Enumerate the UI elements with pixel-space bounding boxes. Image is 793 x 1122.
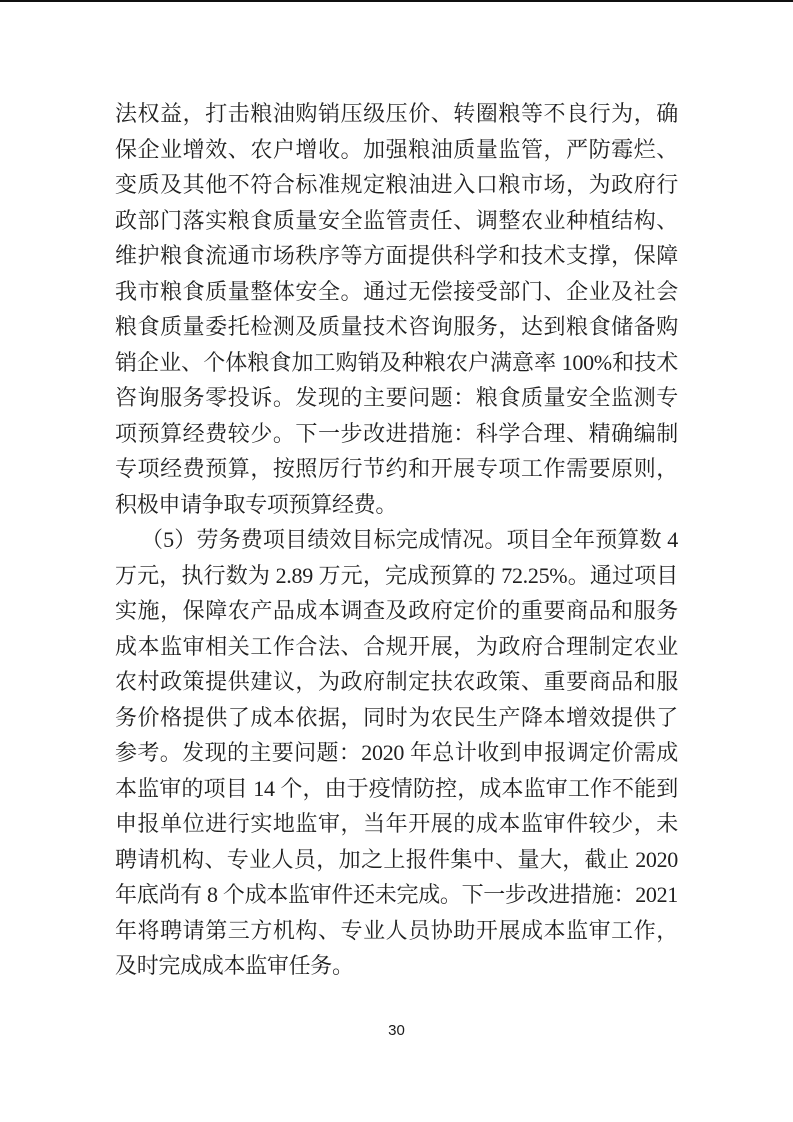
- paragraph-labor-fee-project-performance: （5）劳务费项目绩效目标完成情况。项目全年预算数 4 万元，执行数为 2.89 …: [115, 522, 678, 984]
- page-body-text: 法权益，打击粮油购销压级压价、转圈粮等不良行为，确保企业增效、农户增收。加强粮油…: [115, 96, 678, 984]
- paragraph-grain-quality-supervision: 法权益，打击粮油购销压级压价、转圈粮等不良行为，确保企业增效、农户增收。加强粮油…: [115, 96, 678, 522]
- document-page: 法权益，打击粮油购销压级压价、转圈粮等不良行为，确保企业增效、农户增收。加强粮油…: [0, 0, 793, 1122]
- page-number: 30: [0, 1022, 793, 1039]
- scan-edge-artifact: [0, 0, 793, 2]
